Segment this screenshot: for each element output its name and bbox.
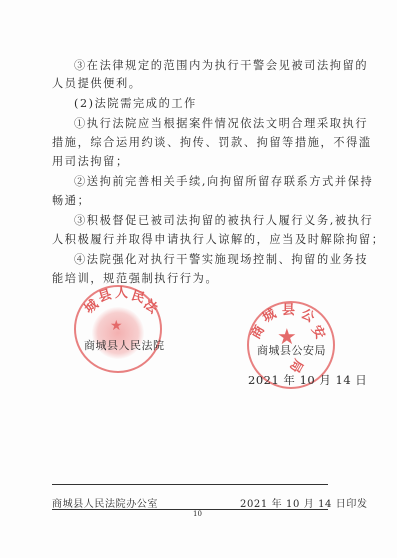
- paragraph-line: 人员提供便利。: [52, 77, 142, 91]
- footer-issue-date: 2021 年 10 月 14 日印发: [240, 495, 368, 510]
- paragraph-line: ④法院强化对执行干警实施现场控制、拘留的业务技: [74, 253, 368, 267]
- signing-date: 2021 年 10 月 14 日: [248, 372, 367, 388]
- paragraph-line: 用司法拘留；: [52, 155, 129, 169]
- seal-ring-char: 县: [282, 299, 295, 318]
- footer-divider: [52, 484, 328, 485]
- paragraph-line: ①执行法院应当根据案件情况依法文明合理采取执行: [74, 117, 368, 131]
- paragraph-line: 措施，综合运用约谈、拘传、罚款、拘留等措施，不得滥: [52, 136, 372, 150]
- star-icon: ★: [110, 318, 123, 334]
- police-signature: 商城县公安局: [257, 342, 326, 358]
- page-number: 10: [193, 510, 202, 518]
- document-page: ③在法律规定的范围内为执行干警会见被司法拘留的 人员提供便利。 (2)法院需完成…: [0, 0, 397, 558]
- paragraph-line: 人积极履行并取得申请执行人谅解的，应当及时解除拘留；: [52, 233, 384, 247]
- footer-underline: [52, 509, 328, 510]
- court-signature: 商城县人民法院: [84, 337, 165, 353]
- paragraph-line: 畅通；: [52, 194, 90, 208]
- seal-ring-char: 人: [115, 282, 128, 301]
- paragraph-line: ③在法律规定的范围内为执行干警会见被司法拘留的: [74, 59, 368, 73]
- paragraph-line: ②送拘前完善相关手续,向拘留所留存联系方式并保持: [74, 175, 373, 189]
- footer-issuer: 商城县人民法院办公室: [52, 495, 158, 510]
- paragraph-line: ③积极督促已被司法拘留的被执行人履行义务,被执行: [74, 214, 373, 228]
- section-heading: (2)法院需完成的工作: [74, 97, 197, 111]
